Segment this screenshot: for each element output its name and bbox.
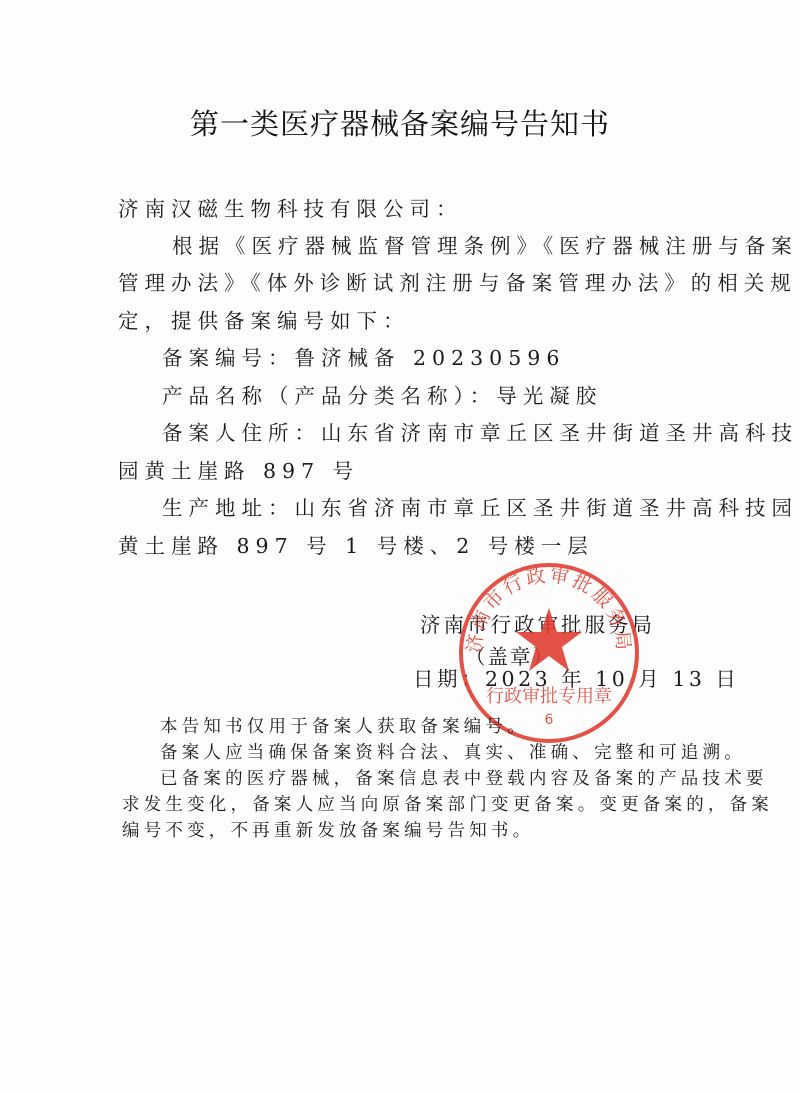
issuer-name: 济南市行政审批服务局: [420, 608, 655, 638]
note-line-1: 本告知书仅用于备案人获取备案编号。: [160, 713, 529, 738]
product-name: 产品名称（产品分类名称）：导光凝胶: [162, 379, 602, 409]
issue-date: 日期：2023 年 10 月 13 日: [413, 662, 739, 692]
production-address-line-1: 生产地址：山东省济南市章丘区圣井街道圣井高科技园: [162, 491, 798, 521]
intro-line-1: 根据《医疗器械监督管理条例》《医疗器械注册与备案: [172, 229, 798, 259]
addressee: 济南汉磁生物科技有限公司：: [118, 192, 463, 222]
note-line-5: 编号不变，不再重新发放备案编号告知书。: [122, 817, 534, 842]
note-line-4: 求发生变化，备案人应当向原备案部门变更备案。变更备案的，备案: [122, 791, 773, 816]
intro-line-2: 管理办法》《体外诊断试剂注册与备案管理办法》的相关规: [118, 266, 797, 296]
seal-number: 6: [545, 712, 554, 728]
note-line-2: 备案人应当确保备案资料合法、真实、准确、完整和可追溯。: [160, 739, 746, 764]
document-title: 第一类医疗器械备案编号告知书: [0, 102, 800, 143]
record-number: 备案编号：鲁济械备 20230596: [162, 341, 565, 371]
intro-line-3: 定，提供备案编号如下：: [118, 304, 410, 334]
note-line-3: 已备案的医疗器械，备案信息表中登载内容及备案的产品技术要: [160, 765, 768, 790]
production-address-line-2: 黄土崖路 897 号 1 号楼、2 号楼一层: [118, 529, 594, 559]
registrant-address-line-2: 园黄土崖路 897 号: [118, 454, 359, 484]
registrant-address-line-1: 备案人住所：山东省济南市章丘区圣井街道圣井高科技: [162, 416, 798, 446]
